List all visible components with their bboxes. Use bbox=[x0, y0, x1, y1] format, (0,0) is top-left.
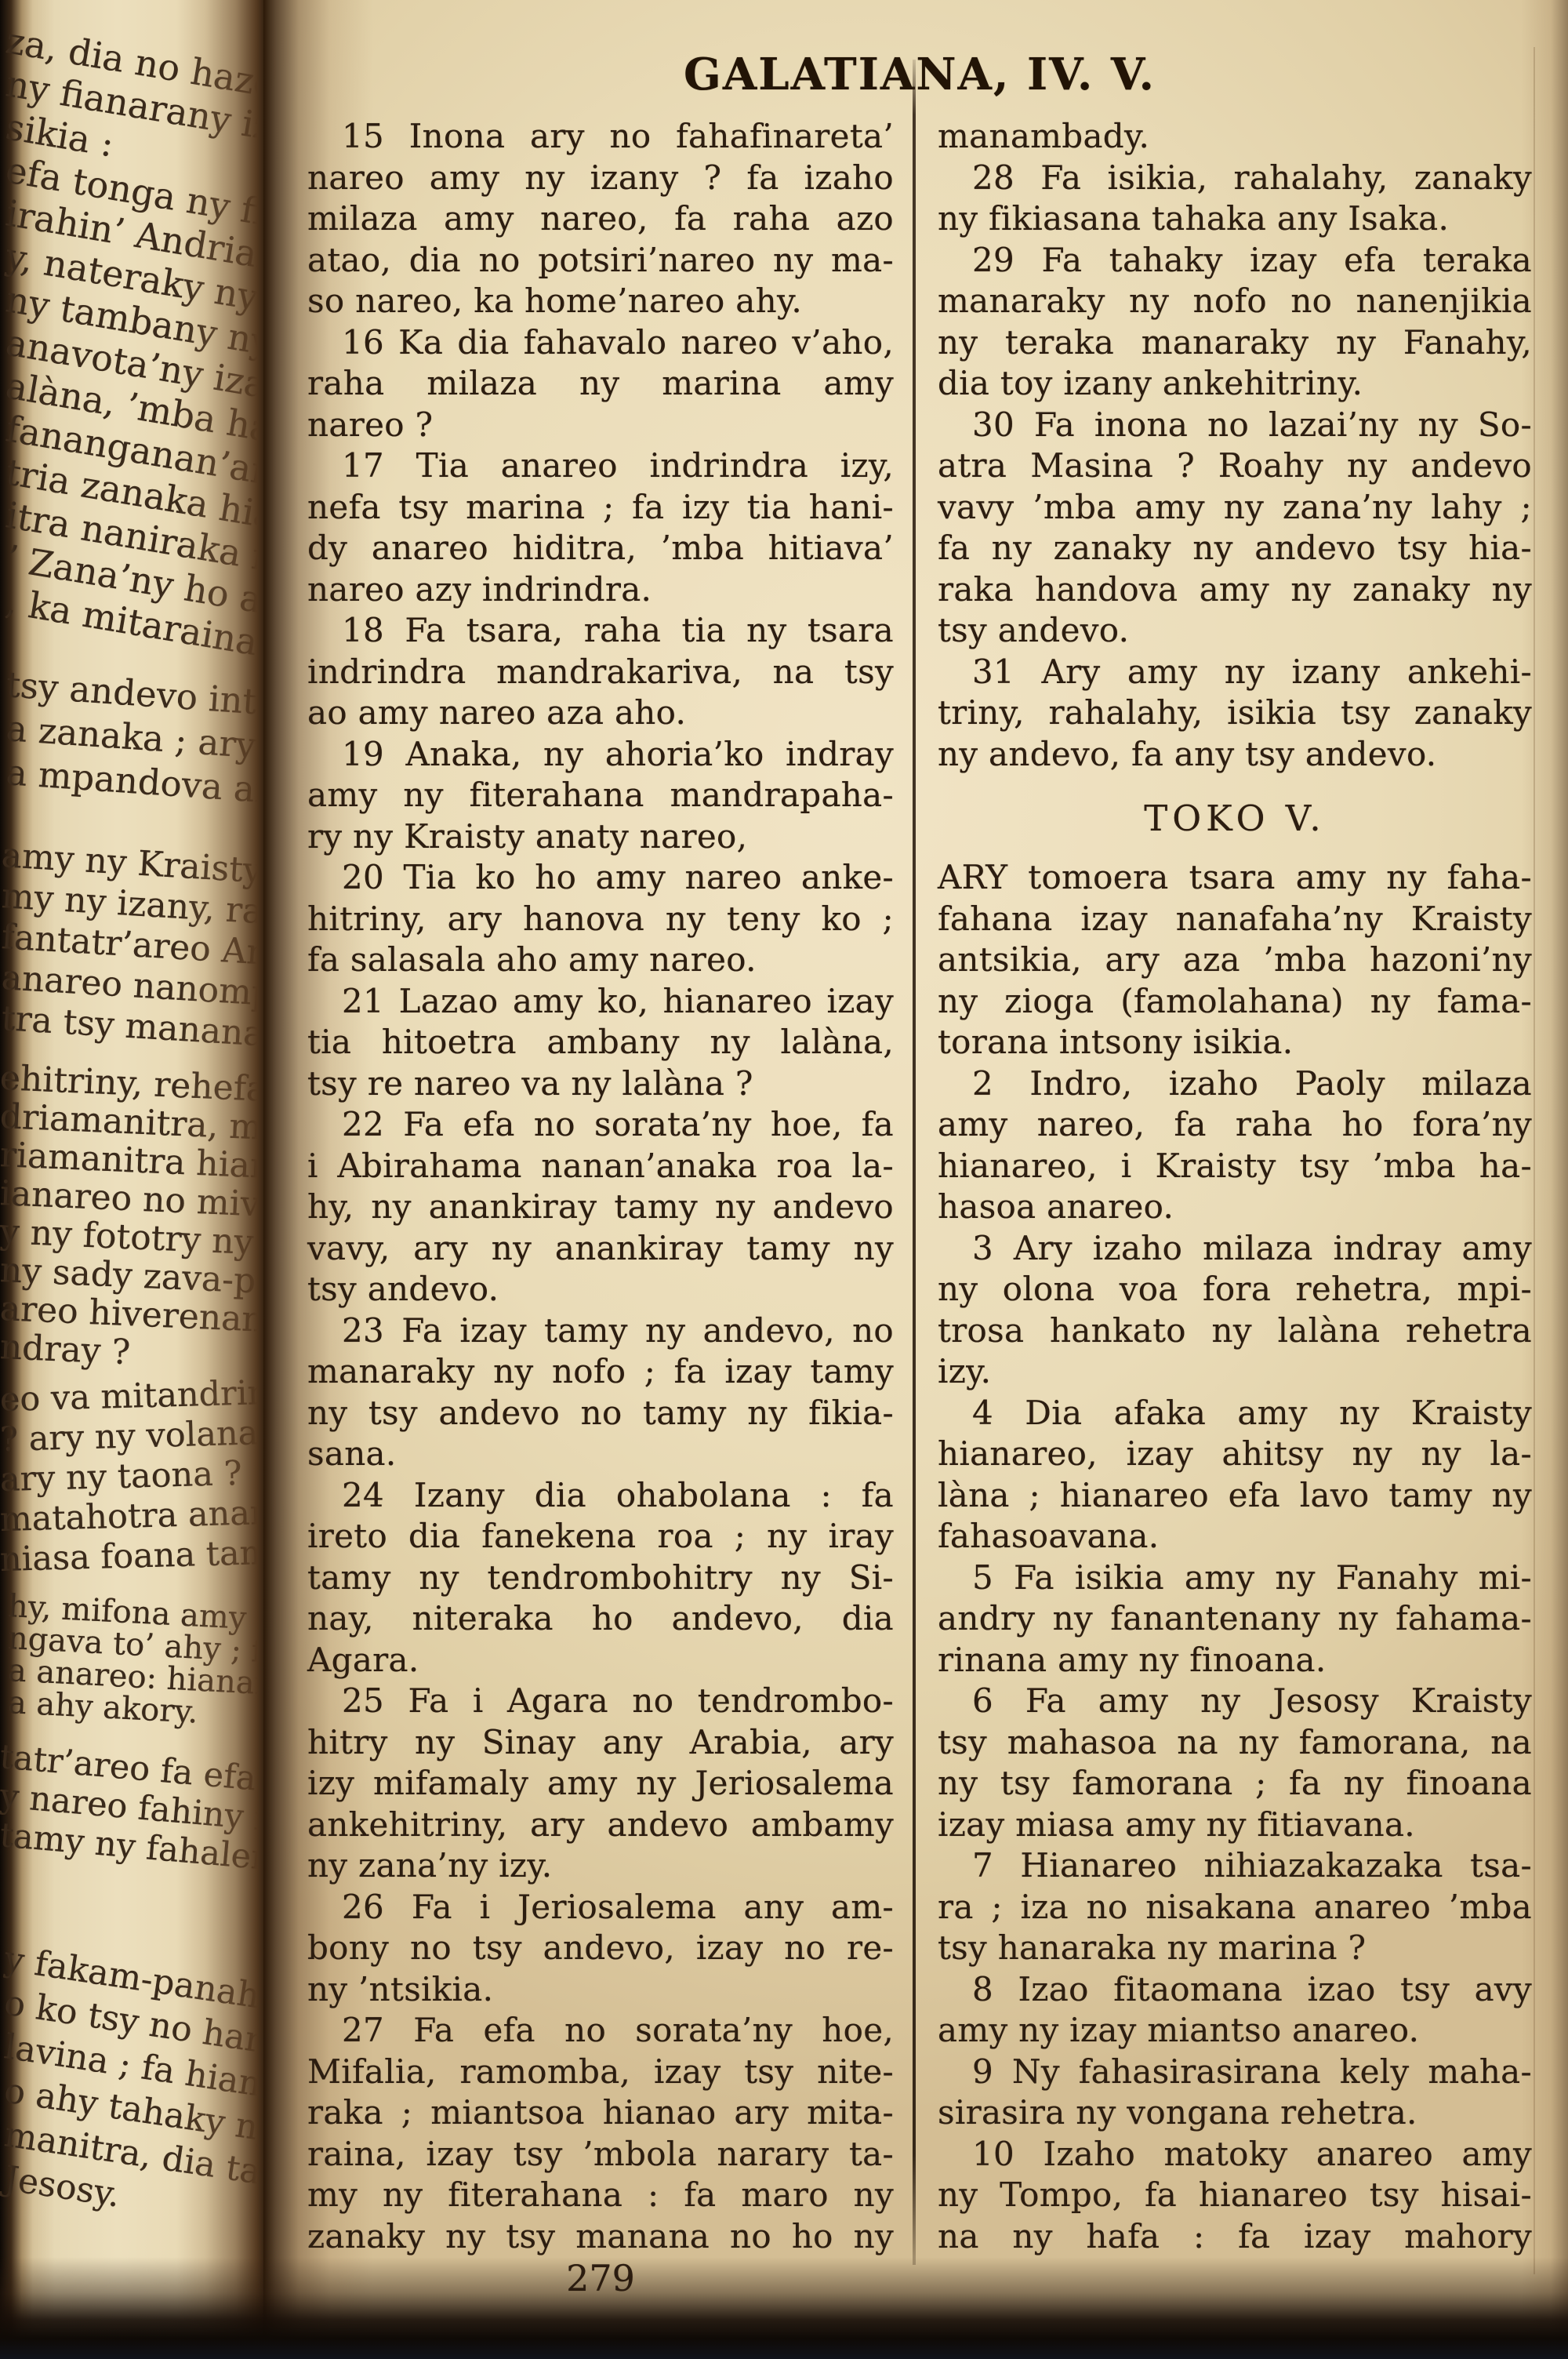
text-line: ny Tompo, fa hianareo tsy hisai- bbox=[938, 2175, 1532, 2216]
text-line: 5 Fa isikia amy ny Fanahy mi- bbox=[938, 1558, 1532, 1599]
gutter-text-group: tatr’areo fa efa ny nareo fahiny ny ftam… bbox=[0, 1737, 267, 1855]
text-line: Agara. bbox=[307, 1640, 894, 1681]
gutter-text-group: tsy andevo intsoa zanaka ; ary raha mpan… bbox=[6, 663, 267, 794]
text-line: amy ny fiterahana mandrapaha- bbox=[307, 775, 894, 816]
text-line: 17 Tia anareo indrindra izy, bbox=[307, 445, 894, 487]
text-column-right: manambady.28 Fa isikia, rahalahy, zanaky… bbox=[938, 116, 1532, 2257]
text-line: 22 Fa efa no sorata’ny hoe, fa bbox=[307, 1104, 894, 1146]
text-line: trosa hankato ny lalàna rehetra bbox=[938, 1310, 1532, 1352]
text-line: 31 Ary amy ny izany ankehi- bbox=[938, 652, 1532, 693]
text-line: ry ny Kraisty anaty nareo, bbox=[307, 816, 894, 858]
text-line: 21 Lazao amy ko, hianareo izay bbox=[307, 981, 894, 1023]
text-line: 19 Anaka, ny ahoria’ko indray bbox=[307, 734, 894, 776]
text-line: tsy andevo. bbox=[938, 610, 1532, 652]
text-line: Mifalia, ramomba, izay tsy nite- bbox=[307, 2052, 894, 2093]
text-line: na ny hafa : fa izay mahory bbox=[938, 2216, 1532, 2258]
text-line: ny olona voa fora rehetra, mpi- bbox=[938, 1269, 1532, 1310]
text-line: 29 Fa tahaky izay efa teraka bbox=[938, 240, 1532, 282]
text-line: 2 Indro, izaho Paoly milaza bbox=[938, 1063, 1532, 1105]
text-line: raha milaza ny marina amy bbox=[307, 363, 894, 405]
text-line: nareo ? bbox=[307, 405, 894, 446]
text-line: 26 Fa i Jeriosalema any am- bbox=[307, 1887, 894, 1928]
gutter-text-line: ary ny taona ? bbox=[0, 1452, 267, 1500]
text-line: milaza amy nareo, fa raha azo bbox=[307, 198, 894, 240]
book-photo: za, dia no hazoni’nyny fianarany izao to… bbox=[0, 0, 1568, 2359]
text-line: fa salasala aho amy nareo. bbox=[307, 940, 894, 981]
text-line: fa ny zanaky ny andevo tsy hia- bbox=[938, 528, 1532, 569]
page-edge-crease bbox=[1534, 47, 1535, 2274]
text-line: hasoa anareo. bbox=[938, 1187, 1532, 1228]
text-line: andry ny fanantenany ny fahama- bbox=[938, 1598, 1532, 1640]
chapter-heading: TOKO V. bbox=[938, 775, 1532, 857]
running-head: GALATIANA, IV. V. bbox=[307, 49, 1532, 100]
text-line: tia hitoetra ambany ny lalàna, bbox=[307, 1022, 894, 1063]
text-line: hianareo, i Kraisty tsy ’mba ha- bbox=[938, 1146, 1532, 1187]
text-line: hy, ny anankiray tamy ny andevo bbox=[307, 1187, 894, 1228]
text-line: làna ; hianareo efa lavo tamy ny bbox=[938, 1475, 1532, 1517]
text-line: raka ; miantsoa hianao ary mita- bbox=[307, 2092, 894, 2134]
text-line: triny, rahalahy, isikia tsy zanaky bbox=[938, 692, 1532, 734]
text-line: hitry ny Sinay any Arabia, ary bbox=[307, 1722, 894, 1764]
text-line: ny ’ntsikia. bbox=[307, 1969, 894, 2011]
text-line: nay, niteraka ho andevo, dia bbox=[307, 1598, 894, 1640]
text-line: my ny fiterahana : fa maro ny bbox=[307, 2175, 894, 2216]
text-line: 10 Izaho matoky anareo amy bbox=[938, 2134, 1532, 2175]
text-line: 4 Dia afaka amy ny Kraisty bbox=[938, 1393, 1532, 1434]
text-line: 30 Fa inona no lazai’ny ny So- bbox=[938, 405, 1532, 446]
text-line: dia toy izany ankehitriny. bbox=[938, 363, 1532, 405]
text-line: fahana izay nanafaha’ny Kraisty bbox=[938, 899, 1532, 940]
text-column-left: 15 Inona ary no fahafinareta’nareo amy n… bbox=[307, 116, 894, 2257]
text-line: 25 Fa i Agara no tendrombo- bbox=[307, 1681, 894, 1722]
text-line: ny teraka manaraky ny Fanahy, bbox=[938, 322, 1532, 364]
gutter-text-group: amy ny Kraisty.my ny izany, rahfantatr’a… bbox=[2, 835, 267, 1039]
text-line: 20 Tia ko ho amy nareo anke- bbox=[307, 857, 894, 899]
text-line: hitriny, ary hanova ny teny ko ; bbox=[307, 899, 894, 940]
text-line: nareo azy indrindra. bbox=[307, 569, 894, 611]
text-line: hianareo, izay ahitsy ny ny la- bbox=[938, 1434, 1532, 1475]
text-line: vavy, ary ny anankiray tamy ny bbox=[307, 1228, 894, 1270]
text-line: nareo amy ny izany ? fa izaho bbox=[307, 158, 894, 199]
text-line: tsy andevo. bbox=[307, 1269, 894, 1310]
text-line: tsy hanaraka ny marina ? bbox=[938, 1928, 1532, 1969]
text-line: ny andevo, fa any tsy andevo. bbox=[938, 734, 1532, 776]
text-line: ny fikiasana tahaka any Isaka. bbox=[938, 198, 1532, 240]
gutter-text-group: hy, mifona amy nngava to’ ahy ; fa anare… bbox=[8, 1590, 267, 1719]
text-line: ny zioga (famolahana) ny fama- bbox=[938, 981, 1532, 1023]
gutter-text-line: matahotra anare bbox=[0, 1492, 267, 1540]
text-line: 27 Fa efa no sorata’ny hoe, bbox=[307, 2010, 894, 2052]
column-divider bbox=[913, 60, 916, 2265]
text-line: vavy ’mba amy ny zana’ny lahy ; bbox=[938, 487, 1532, 529]
text-line: antsikia, ary aza ’mba hazoni’ny bbox=[938, 940, 1532, 981]
text-line: ireto dia fanekena roa ; ny iray bbox=[307, 1516, 894, 1558]
text-line: nefa tsy marina ; fa izy tia hani- bbox=[307, 487, 894, 529]
text-line: tamy ny tendrombohitry ny Si- bbox=[307, 1558, 894, 1599]
text-line: 7 Hianareo nihiazakazaka tsa- bbox=[938, 1845, 1532, 1887]
text-line: 8 Izao fitaomana izao tsy avy bbox=[938, 1969, 1532, 2011]
text-line: 6 Fa amy ny Jesosy Kraisty bbox=[938, 1681, 1532, 1722]
text-line: raka handova amy ny zanaky ny bbox=[938, 569, 1532, 611]
text-line: izy mifamaly amy ny Jeriosalema bbox=[307, 1763, 894, 1805]
text-line: 15 Inona ary no fahafinareta’ bbox=[307, 116, 894, 158]
book-page: GALATIANA, IV. V. 15 Inona ary no fahafi… bbox=[263, 0, 1568, 2359]
text-line: atao, dia no potsiri’nareo ny ma- bbox=[307, 240, 894, 282]
gutter-text-line: niasa foana tamy n bbox=[0, 1532, 267, 1580]
text-line: rinana amy ny finoana. bbox=[938, 1640, 1532, 1681]
gutter-text-line: ? ary ny volana, s bbox=[0, 1412, 267, 1460]
text-line: 28 Fa isikia, rahalahy, zanaky bbox=[938, 158, 1532, 199]
text-line: tsy re nareo va ny lalàna ? bbox=[307, 1063, 894, 1105]
text-line: zanaky ny tsy manana no ho ny bbox=[307, 2216, 894, 2258]
text-line: manaraky ny nofo no nanenjikia bbox=[938, 281, 1532, 322]
text-line: izay miasa amy ny fitiavana. bbox=[938, 1805, 1532, 1846]
text-line: ARY tomoera tsara amy ny faha- bbox=[938, 857, 1532, 899]
text-line: amy ny izay miantso anareo. bbox=[938, 2010, 1532, 2052]
text-line: atra Masina ? Roahy ny andevo bbox=[938, 445, 1532, 487]
gutter-text-group: za, dia no hazoni’nyny fianarany izao to… bbox=[6, 19, 267, 623]
gutter-text-group: y fakam-panahy ho ko tsy no harallavina … bbox=[5, 1937, 267, 2201]
previous-page-edge: za, dia no hazoni’nyny fianarany izao to… bbox=[0, 0, 267, 2359]
text-line: izy. bbox=[938, 1351, 1532, 1393]
text-line: 3 Ary izaho milaza indray amy bbox=[938, 1228, 1532, 1270]
text-line: bony no tsy andevo, izay no re- bbox=[307, 1928, 894, 1969]
text-line: ra ; iza no nisakana anareo ’mba bbox=[938, 1887, 1532, 1928]
text-line: manambady. bbox=[938, 116, 1532, 158]
text-line: ao amy nareo aza aho. bbox=[307, 692, 894, 734]
text-line: 16 Ka dia fahavalo nareo v’aho, bbox=[307, 322, 894, 364]
text-line: 24 Izany dia ohabolana : fa bbox=[307, 1475, 894, 1517]
text-line: amy nareo, fa raha ho fora’ny bbox=[938, 1104, 1532, 1146]
text-line: dy anareo hiditra, ’mba hitiava’ bbox=[307, 528, 894, 569]
text-line: 9 Ny fahasirasirana kely maha- bbox=[938, 2052, 1532, 2093]
text-line: raina, izay tsy ’mbola narary ta- bbox=[307, 2134, 894, 2175]
text-line: 23 Fa izay tamy ny andevo, no bbox=[307, 1310, 894, 1352]
gutter-text-line: eo va mitandrina ts bbox=[0, 1372, 267, 1420]
text-line: so nareo, ka home’nareo ahy. bbox=[307, 281, 894, 322]
gutter-text-group: eo va mitandrina ts? ary ny volana, sary… bbox=[0, 1380, 267, 1580]
text-line: indrindra mandrakariva, na tsy bbox=[307, 652, 894, 693]
photo-bottom-shadow bbox=[0, 2257, 1568, 2359]
text-line: manaraky ny nofo ; fa izay tamy bbox=[307, 1351, 894, 1393]
text-line: torana intsony isikia. bbox=[938, 1022, 1532, 1063]
text-line: fahasoavana. bbox=[938, 1516, 1532, 1558]
text-line: sirasira ny vongana rehetra. bbox=[938, 2092, 1532, 2134]
text-line: ny tsy andevo no tamy ny fikia- bbox=[307, 1393, 894, 1434]
text-line: ny tsy famorana ; fa ny finoana bbox=[938, 1763, 1532, 1805]
gutter-text-group: ehitriny, rehefa fadriamanitra, mainriam… bbox=[0, 1059, 267, 1366]
text-line: ankehitriny, ary andevo ambamy bbox=[307, 1805, 894, 1846]
text-line: sana. bbox=[307, 1434, 894, 1475]
text-line: tsy mahasoa na ny famorana, na bbox=[938, 1722, 1532, 1764]
text-line: 18 Fa tsara, raha tia ny tsara bbox=[307, 610, 894, 652]
text-line: ny zana’ny izy. bbox=[307, 1845, 894, 1887]
text-line: i Abirahama nanan’anaka roa la- bbox=[307, 1146, 894, 1187]
